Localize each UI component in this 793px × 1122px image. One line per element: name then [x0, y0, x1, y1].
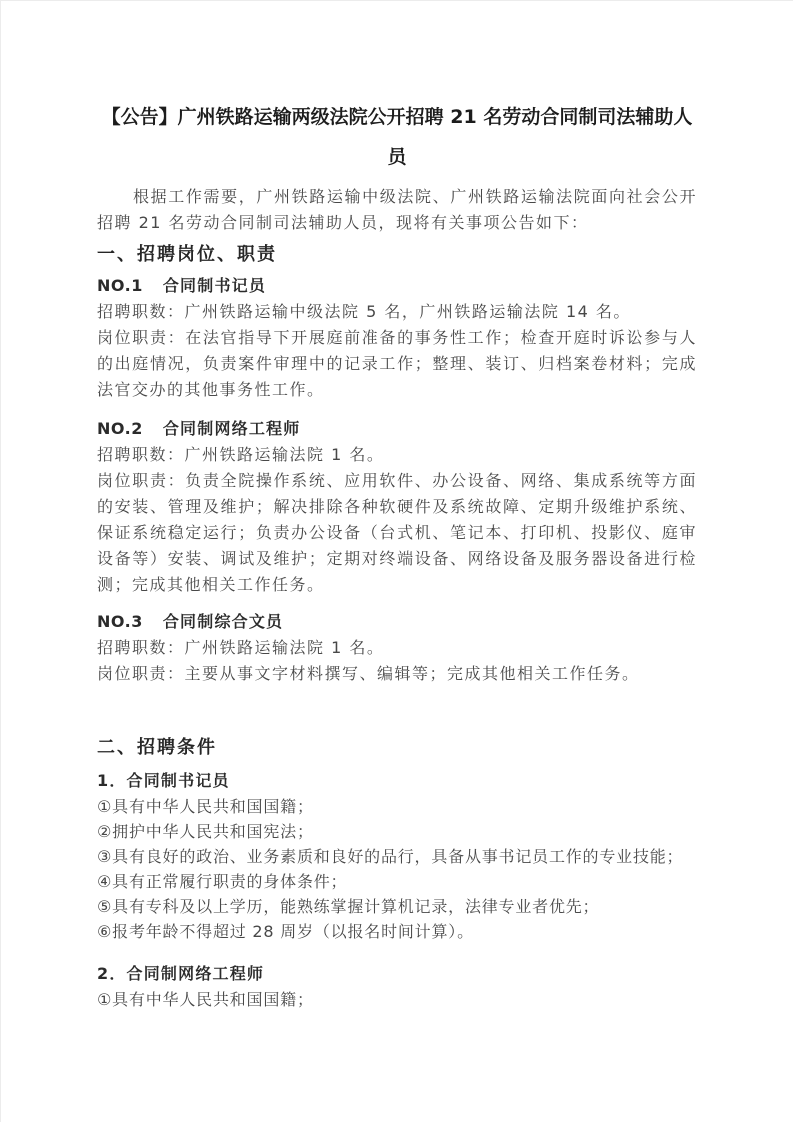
condition-item: ⑤具有专科及以上学历，能熟练掌握计算机记录，法律专业者优先； [97, 894, 697, 919]
intro-paragraph: 根据工作需要，广州铁路运输中级法院、广州铁路运输法院面向社会公开招聘 21 名劳… [97, 184, 697, 236]
condition-group-1-title: 1．合同制书记员 [97, 768, 697, 794]
job-3-number: NO.3 [97, 612, 143, 631]
job-3-heading: NO.3合同制综合文员 [97, 609, 697, 635]
section-2-heading: 二、招聘条件 [97, 735, 697, 761]
condition-item: ①具有中华人民共和国国籍； [97, 987, 697, 1012]
job-3-headcount: 招聘职数：广州铁路运输法院 1 名。 [97, 635, 697, 661]
job-1-title: 合同制书记员 [163, 276, 266, 295]
section-1-heading: 一、招聘岗位、职责 [97, 242, 697, 268]
job-block-1: NO.1合同制书记员 招聘职数：广州铁路运输中级法院 5 名，广州铁路运输法院 … [97, 273, 697, 403]
job-3-duties: 岗位职责：主要从事文字材料撰写、编辑等；完成其他相关工作任务。 [97, 661, 697, 687]
condition-group-2: 2．合同制网络工程师 ①具有中华人民共和国国籍； [97, 961, 697, 1012]
job-block-2: NO.2合同制网络工程师 招聘职数：广州铁路运输法院 1 名。 岗位职责：负责全… [97, 416, 697, 598]
condition-item: ①具有中华人民共和国国籍； [97, 794, 697, 819]
condition-item: ②拥护中华人民共和国宪法； [97, 819, 697, 844]
condition-item: ④具有正常履行职责的身体条件； [97, 869, 697, 894]
condition-item: ③具有良好的政治、业务素质和良好的品行，具备从事书记员工作的专业技能； [97, 844, 697, 869]
job-1-headcount: 招聘职数：广州铁路运输中级法院 5 名，广州铁路运输法院 14 名。 [97, 299, 697, 325]
job-2-headcount: 招聘职数：广州铁路运输法院 1 名。 [97, 442, 697, 468]
job-2-number: NO.2 [97, 419, 143, 438]
job-1-heading: NO.1合同制书记员 [97, 273, 697, 299]
job-2-heading: NO.2合同制网络工程师 [97, 416, 697, 442]
job-2-title: 合同制网络工程师 [163, 419, 301, 438]
section-recruit-positions: 一、招聘岗位、职责 NO.1合同制书记员 招聘职数：广州铁路运输中级法院 5 名… [97, 242, 697, 687]
announcement-page: 【公告】广州铁路运输两级法院公开招聘 21 名劳动合同制司法辅助人员 根据工作需… [0, 0, 793, 1122]
job-2-duties: 岗位职责：负责全院操作系统、应用软件、办公设备、网络、集成系统等方面的安装、管理… [97, 468, 697, 598]
section-recruit-conditions: 二、招聘条件 1．合同制书记员 ①具有中华人民共和国国籍； ②拥护中华人民共和国… [97, 735, 697, 1012]
job-3-title: 合同制综合文员 [163, 612, 283, 631]
condition-group-1: 1．合同制书记员 ①具有中华人民共和国国籍； ②拥护中华人民共和国宪法； ③具有… [97, 768, 697, 944]
job-1-number: NO.1 [97, 276, 143, 295]
condition-item: ⑥报考年龄不得超过 28 周岁（以报名时间计算）。 [97, 919, 697, 944]
document-title: 【公告】广州铁路运输两级法院公开招聘 21 名劳动合同制司法辅助人员 [97, 97, 697, 177]
job-block-3: NO.3合同制综合文员 招聘职数：广州铁路运输法院 1 名。 岗位职责：主要从事… [97, 609, 697, 687]
job-1-duties: 岗位职责：在法官指导下开展庭前准备的事务性工作；检查开庭时诉讼参与人的出庭情况，… [97, 325, 697, 403]
condition-group-2-title: 2．合同制网络工程师 [97, 961, 697, 987]
